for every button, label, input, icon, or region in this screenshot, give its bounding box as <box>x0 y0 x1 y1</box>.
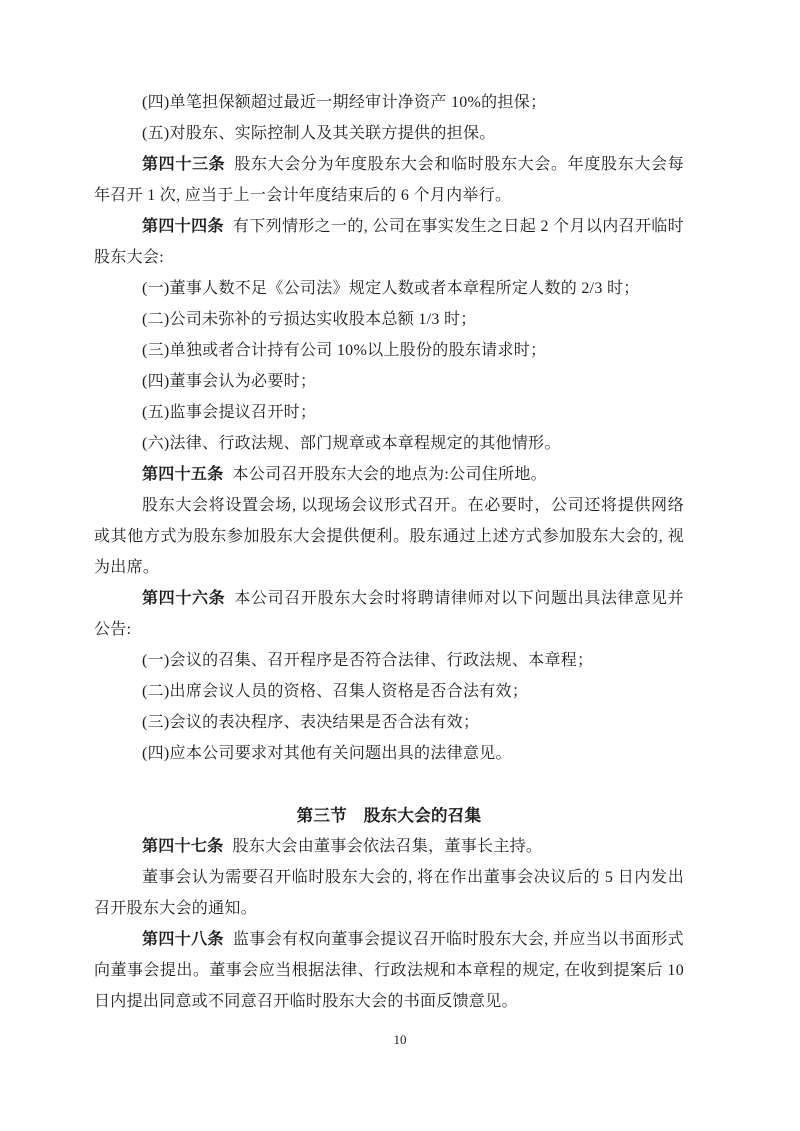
article-number: 第四十四条 <box>142 218 224 235</box>
list-item: (二)公司未弥补的亏损达实收股本总额 1/3 时； <box>94 304 684 335</box>
list-item: (六)法律、行政法规、部门规章或本章程规定的其他情形。 <box>94 428 684 459</box>
body-paragraph: 股东大会将设置会场, 以现场会议形式召开。在必要时，公司还将提供网络或其他方式为… <box>94 490 684 583</box>
list-item: (五)监事会提议召开时； <box>94 397 684 428</box>
document-page: (四)单笔担保额超过最近一期经审计净资产 10%的担保； (五)对股东、实际控制… <box>0 0 800 1131</box>
article-text: 股东大会由董事会依法召集，董事长主持。 <box>233 838 543 855</box>
document-body: (四)单笔担保额超过最近一期经审计净资产 10%的担保； (五)对股东、实际控制… <box>94 87 684 1017</box>
body-paragraph: 董事会认为需要召开临时股东大会的, 将在作出董事会决议后的 5 日内发出召开股东… <box>94 862 684 924</box>
article-paragraph: 第四十四条有下列情形之一的, 公司在事实发生之日起 2 个月以内召开临时股东大会… <box>94 211 684 273</box>
article-number: 第四十七条 <box>142 838 224 855</box>
list-item: (三)会议的表决程序、表决结果是否合法有效； <box>94 707 684 738</box>
list-item: (二)出席会议人员的资格、召集人资格是否合法有效； <box>94 676 684 707</box>
list-item: (四)应本公司要求对其他有关问题出具的法律意见。 <box>94 738 684 769</box>
page-number: 10 <box>0 1030 800 1050</box>
list-item: (四)董事会认为必要时； <box>94 366 684 397</box>
list-item: (四)单笔担保额超过最近一期经审计净资产 10%的担保； <box>94 87 684 118</box>
section-heading: 第三节 股东大会的召集 <box>94 800 684 831</box>
article-number: 第四十六条 <box>142 590 225 607</box>
article-number: 第四十五条 <box>142 466 224 483</box>
list-item: (三)单独或者合计持有公司 10%以上股份的股东请求时； <box>94 335 684 366</box>
list-item: (一)会议的召集、召开程序是否符合法律、行政法规、本章程； <box>94 645 684 676</box>
article-paragraph: 第四十八条监事会有权向董事会提议召开临时股东大会, 并应当以书面形式向董事会提出… <box>94 924 684 1017</box>
list-item: (五)对股东、实际控制人及其关联方提供的担保。 <box>94 118 684 149</box>
article-paragraph: 第四十五条本公司召开股东大会的地点为:公司住所地。 <box>94 459 684 490</box>
article-paragraph: 第四十三条股东大会分为年度股东大会和临时股东大会。年度股东大会每年召开 1 次,… <box>94 149 684 211</box>
article-number: 第四十八条 <box>142 931 224 948</box>
article-number: 第四十三条 <box>142 156 225 173</box>
article-text: 本公司召开股东大会的地点为:公司住所地。 <box>233 466 547 483</box>
article-paragraph: 第四十七条股东大会由董事会依法召集，董事长主持。 <box>94 831 684 862</box>
list-item: (一)董事人数不足《公司法》规定人数或者本章程所定人数的 2/3 时； <box>94 273 684 304</box>
article-paragraph: 第四十六条本公司召开股东大会时将聘请律师对以下问题出具法律意见并公告: <box>94 583 684 645</box>
